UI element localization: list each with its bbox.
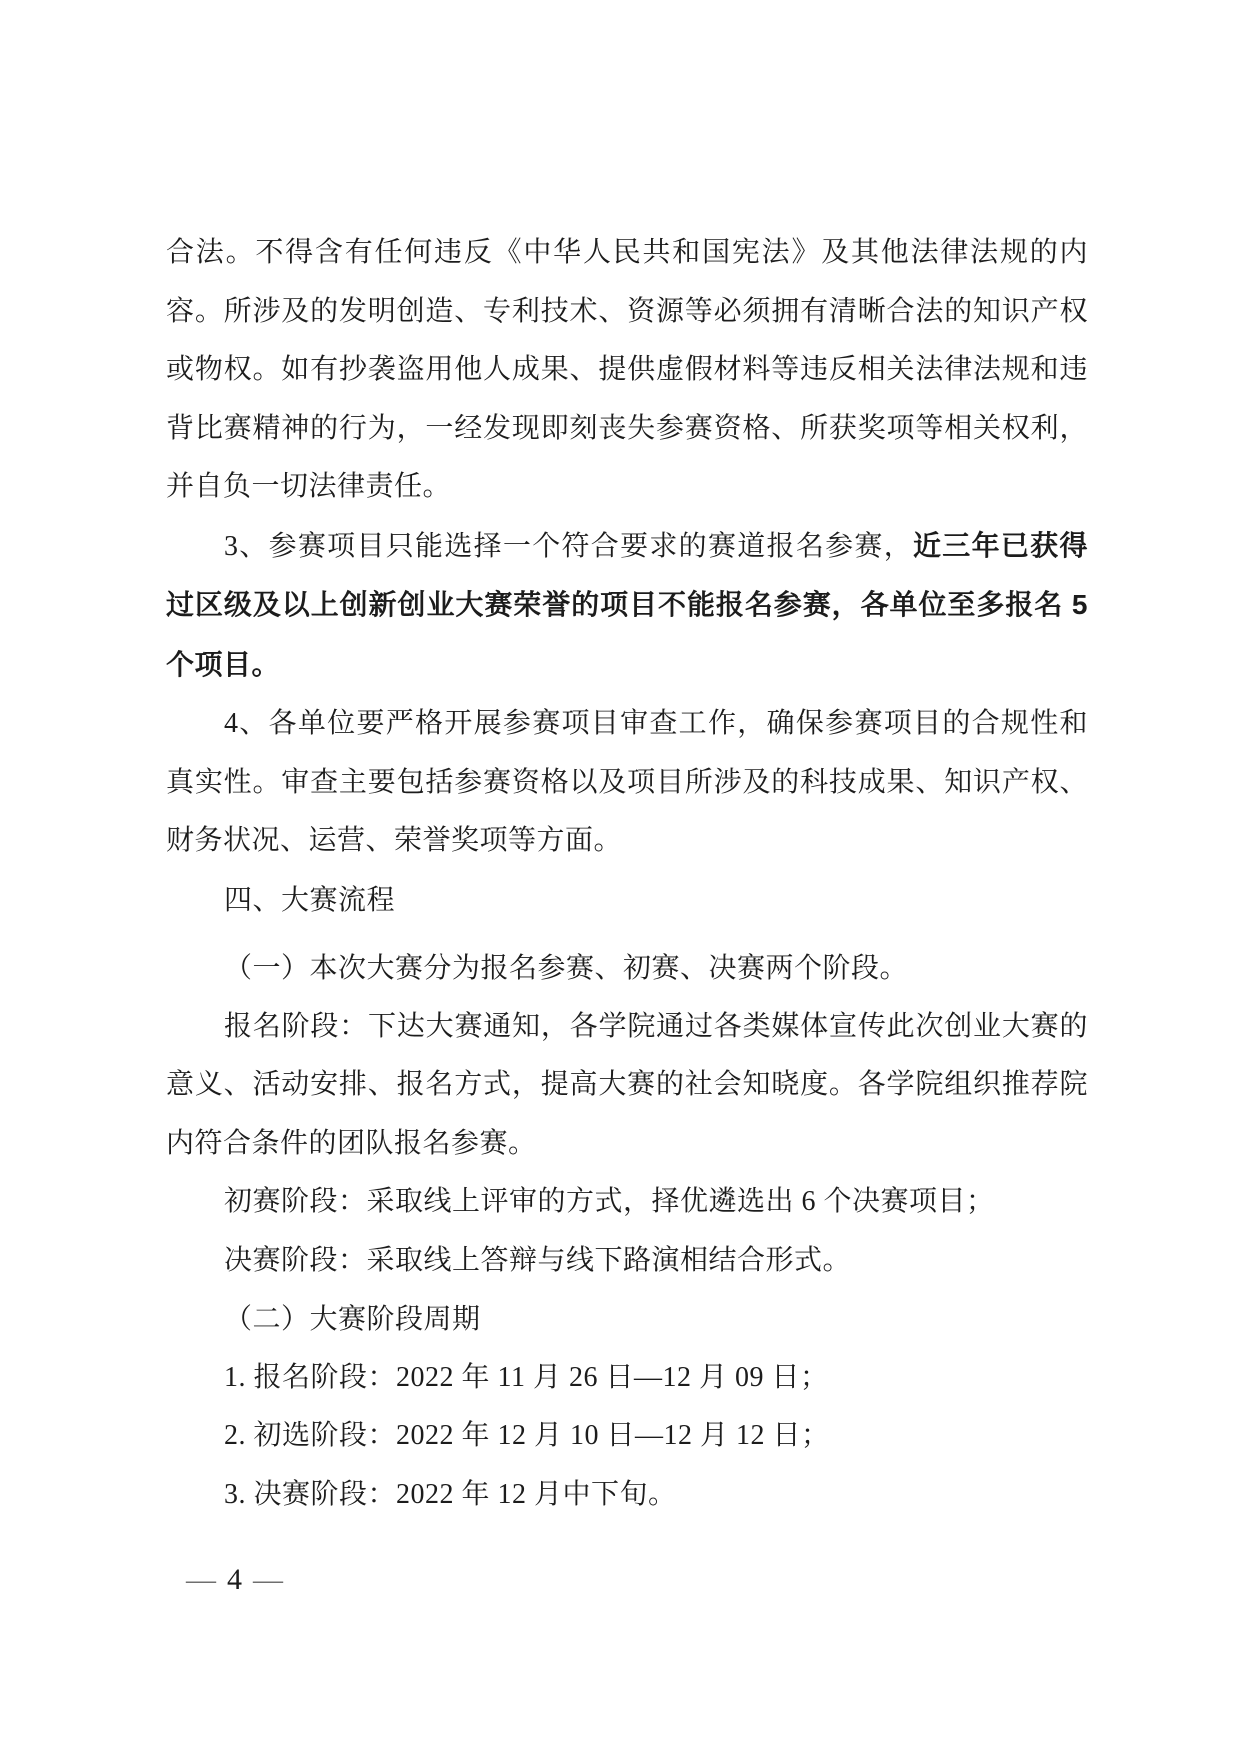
document-page: 合法。不得含有任何违反《中华人民共和国宪法》及其他法律法规的内容。所涉及的发明创… — [0, 0, 1240, 1753]
paragraph-signup-stage: 报名阶段：下达大赛通知，各学院通过各类媒体宣传此次创业大赛的意义、活动安排、报名… — [166, 998, 1088, 1174]
paragraph-final-stage: 决赛阶段：采取线上答辩与线下路演相结合形式。 — [166, 1232, 1088, 1291]
page-footer: —4— — [186, 1563, 283, 1597]
document-body: 合法。不得含有任何违反《中华人民共和国宪法》及其他法律法规的内容。所涉及的发明创… — [166, 224, 1088, 1524]
schedule-item-preliminary: 2. 初选阶段：2022 年 12 月 10 日—12 月 12 日； — [166, 1407, 1088, 1466]
schedule-item-signup: 1. 报名阶段：2022 年 11 月 26 日—12 月 09 日； — [166, 1349, 1088, 1408]
paragraph-item4: 4、各单位要严格开展参赛项目审查工作，确保参赛项目的合规性和真实性。审查主要包括… — [166, 695, 1088, 871]
footer-dash-left: — — [186, 1563, 216, 1596]
paragraph-legal-continuation: 合法。不得含有任何违反《中华人民共和国宪法》及其他法律法规的内容。所涉及的发明创… — [166, 224, 1088, 517]
page-number: 4 — [227, 1563, 242, 1596]
heading-subsection-one: （一）本次大赛分为报名参赛、初赛、决赛两个阶段。 — [166, 939, 1088, 998]
paragraph-preliminary-stage: 初赛阶段：采取线上评审的方式，择优遴选出 6 个决赛项目； — [166, 1173, 1088, 1232]
paragraph-item3: 3、参赛项目只能选择一个符合要求的赛道报名参赛，近三年已获得过区级及以上创新创业… — [166, 517, 1088, 696]
heading-subsection-two: （二）大赛阶段周期 — [166, 1290, 1088, 1349]
heading-section-four: 四、大赛流程 — [166, 871, 1088, 930]
item3-normal-text: 3、参赛项目只能选择一个符合要求的赛道报名参赛， — [224, 531, 913, 562]
footer-dash-right: — — [253, 1563, 283, 1596]
schedule-item-final: 3. 决赛阶段：2022 年 12 月中下旬。 — [166, 1466, 1088, 1525]
